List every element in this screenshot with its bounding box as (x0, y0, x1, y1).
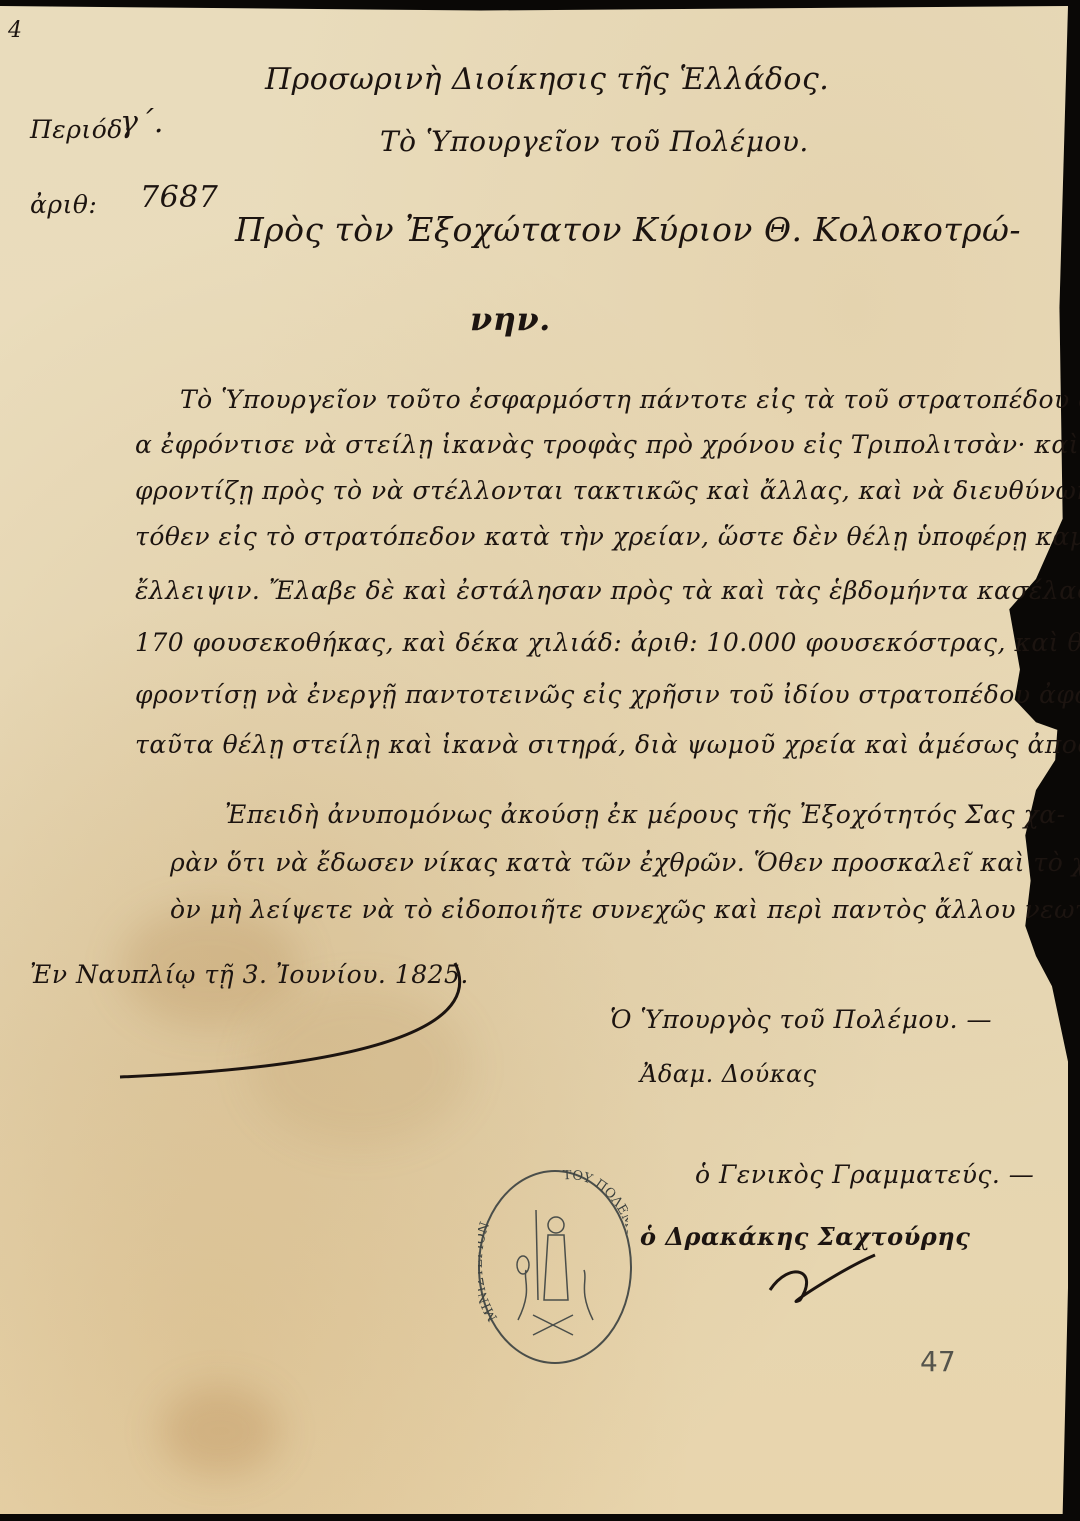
date-flourish (110, 955, 480, 1090)
ministry-seal: ΜΙΝΙΣΤΕΡΙΟΝ ΤΟΥ ΠΟΛΕΜΟΥ (478, 1170, 632, 1364)
minister-title: Ὁ Ὑπουργὸς τοῦ Πολέμου. — (610, 1005, 992, 1034)
secretary-title: ὁ Γενικὸς Γραμματεύς. — (695, 1160, 1034, 1189)
seal-text-left: ΜΙΝΙΣΤΕΡΙΟΝ (478, 1220, 501, 1323)
period-label: Περιόδ: (30, 115, 132, 144)
number-value: 7687 (140, 180, 218, 215)
body-line: ὸν μὴ λείψετε νὰ τὸ εἰδοποιῆτε συνεχῶς κ… (170, 895, 1080, 924)
addressee-line-2: νην. (470, 300, 551, 338)
addressee-line-1: Πρὸς τὸν Ἐξοχώτατον Κύριον Θ. Κολοκοτρώ- (235, 210, 1021, 249)
body-line: 170 φουσεκοθήκας, καὶ δέκα χιλιάδ: ἀριθ:… (135, 628, 1080, 657)
body-line: ἔλλειψιν. Ἔλαβε δὲ καὶ ἐστάλησαν πρὸς τὰ… (135, 576, 1080, 605)
corner-mark: 4 (8, 18, 23, 43)
body-line: Τὸ Ὑπουργεῖον τοῦτο ἐσφαρμόστη πάντοτε ε… (180, 385, 1080, 414)
body-line: α ἐφρόντισε νὰ στείλῃ ἱκανὰς τροφὰς πρὸ … (135, 430, 1079, 459)
body-line: ρὰν ὅτι νὰ ἔδωσεν νίκας κατὰ τῶν ἐχθρῶν.… (170, 848, 1080, 877)
body-line: ταῦτα θέλῃ στείλῃ καὶ ἱκανὰ σιτηρά, διὰ … (135, 730, 1080, 759)
period-value: γ΄. (120, 105, 164, 140)
number-label: ἀριθ: (30, 190, 97, 219)
body-line: φροντίζῃ πρὸς τὸ νὰ στέλλονται τακτικῶς … (135, 476, 1080, 505)
athena-emblem-icon (517, 1210, 593, 1335)
body-line: τόθεν εἰς τὸ στρατόπεδον κατὰ τὴν χρείαν… (135, 522, 1080, 551)
signature-flourish (760, 1250, 880, 1310)
header-line-1: Προσωρινὴ Διοίκησις τῆς Ἑλλάδος. (265, 62, 829, 97)
header-line-2: Τὸ Ὑπουργεῖον τοῦ Πολέμου. (380, 125, 809, 158)
svg-text:ΜΙΝΙΣΤΕΡΙΟΝ: ΜΙΝΙΣΤΕΡΙΟΝ (478, 1220, 501, 1323)
body-line: φροντίσῃ νὰ ἐνεργῇ παντοτεινῶς εἰς χρῆσι… (135, 680, 1080, 709)
stain (160, 1386, 280, 1476)
minister-name: Ἀδαμ. Δούκας (640, 1060, 817, 1088)
seal-text-right: ΤΟΥ ΠΟΛΕΜΟΥ (562, 1170, 628, 1248)
svg-text:ΤΟΥ ΠΟΛΕΜΟΥ: ΤΟΥ ΠΟΛΕΜΟΥ (562, 1170, 628, 1248)
page-number: 47 (920, 1345, 956, 1378)
body-line: Ἐπειδὴ ἀνυπομόνως ἀκούσῃ ἐκ μέρους τῆς Ἐ… (225, 800, 1066, 829)
secretary-signature: ὁ Δρακάκης Σαχτούρης (640, 1222, 970, 1251)
